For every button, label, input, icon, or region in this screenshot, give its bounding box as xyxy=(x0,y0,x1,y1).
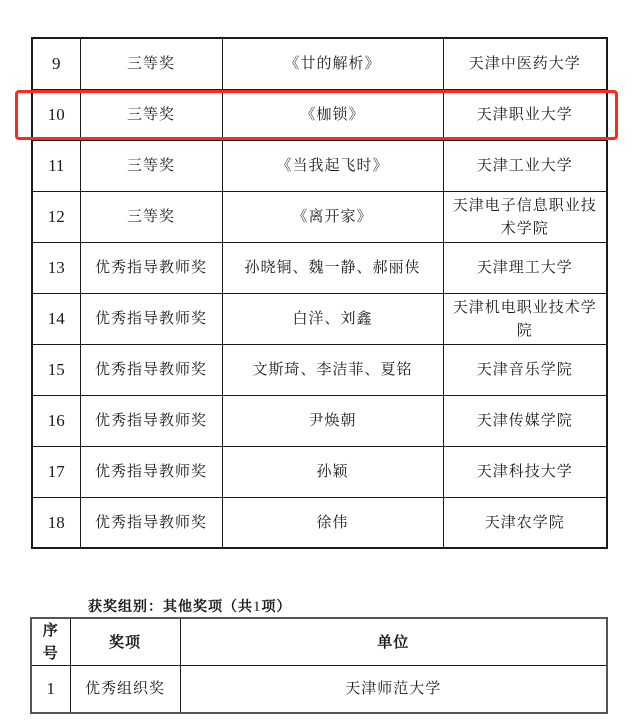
unit-cell: 天津工业大学 xyxy=(443,140,607,191)
table-row: 9 三等奖 《廿的解析》 天津中医药大学 xyxy=(32,38,607,89)
table-row: 15 优秀指导教师奖 文斯琦、李洁菲、夏铭 天津音乐学院 xyxy=(32,344,607,395)
table-row: 18 优秀指导教师奖 徐伟 天津农学院 xyxy=(32,497,607,548)
caption-count: 1 xyxy=(253,599,262,615)
work-cell: 《廿的解析》 xyxy=(222,38,443,89)
caption-prefix: 获奖组别：其他奖项（共 xyxy=(88,599,253,615)
row-number: 11 xyxy=(32,140,80,191)
section-caption: 获奖组别：其他奖项（共1项） xyxy=(88,596,292,616)
work-cell: 《当我起飞时》 xyxy=(222,140,443,191)
row-number: 17 xyxy=(32,446,80,497)
row-number: 18 xyxy=(32,497,80,548)
work-cell: 《离开家》 xyxy=(222,191,443,242)
unit-cell: 天津传媒学院 xyxy=(443,395,607,446)
work-cell: 孙颖 xyxy=(222,446,443,497)
unit-cell: 天津电子信息职业技术学院 xyxy=(443,191,607,242)
award-cell: 优秀指导教师奖 xyxy=(80,344,222,395)
row-number: 16 xyxy=(32,395,80,446)
row-number: 1 xyxy=(31,666,70,713)
row-number: 13 xyxy=(32,242,80,293)
unit-cell: 天津理工大学 xyxy=(443,242,607,293)
unit-cell: 天津音乐学院 xyxy=(443,344,607,395)
table-row: 11 三等奖 《当我起飞时》 天津工业大学 xyxy=(32,140,607,191)
table-row: 12 三等奖 《离开家》 天津电子信息职业技术学院 xyxy=(32,191,607,242)
header-number: 序号 xyxy=(31,618,70,666)
unit-cell: 天津科技大学 xyxy=(443,446,607,497)
unit-cell: 天津机电职业技术学院 xyxy=(443,293,607,344)
table-header-row: 序号 奖项 单位 xyxy=(31,618,607,666)
award-cell: 优秀指导教师奖 xyxy=(80,497,222,548)
work-cell: 《枷锁》 xyxy=(222,89,443,140)
work-cell: 孙晓铜、魏一静、郝丽侠 xyxy=(222,242,443,293)
award-cell: 优秀指导教师奖 xyxy=(80,293,222,344)
row-number: 10 xyxy=(32,89,80,140)
table-row: 14 优秀指导教师奖 白洋、刘鑫 天津机电职业技术学院 xyxy=(32,293,607,344)
table-row: 16 优秀指导教师奖 尹焕朝 天津传媒学院 xyxy=(32,395,607,446)
award-cell: 优秀指导教师奖 xyxy=(80,446,222,497)
other-awards-table: 序号 奖项 单位 1 优秀组织奖 天津师范大学 xyxy=(30,617,608,714)
table-row: 1 优秀组织奖 天津师范大学 xyxy=(31,666,607,713)
header-award: 奖项 xyxy=(70,618,180,666)
award-cell: 三等奖 xyxy=(80,38,222,89)
awards-table: 9 三等奖 《廿的解析》 天津中医药大学 10 三等奖 《枷锁》 天津职业大学 … xyxy=(31,37,608,549)
unit-cell: 天津师范大学 xyxy=(180,666,607,713)
work-cell: 尹焕朝 xyxy=(222,395,443,446)
row-number: 14 xyxy=(32,293,80,344)
unit-cell: 天津职业大学 xyxy=(443,89,607,140)
table-row-highlighted: 10 三等奖 《枷锁》 天津职业大学 xyxy=(32,89,607,140)
table-row: 17 优秀指导教师奖 孙颖 天津科技大学 xyxy=(32,446,607,497)
award-cell: 优秀指导教师奖 xyxy=(80,242,222,293)
work-cell: 徐伟 xyxy=(222,497,443,548)
row-number: 12 xyxy=(32,191,80,242)
header-unit: 单位 xyxy=(180,618,607,666)
unit-cell: 天津农学院 xyxy=(443,497,607,548)
work-cell: 文斯琦、李洁菲、夏铭 xyxy=(222,344,443,395)
caption-suffix: 项） xyxy=(262,599,292,615)
award-cell: 优秀指导教师奖 xyxy=(80,395,222,446)
award-cell: 三等奖 xyxy=(80,140,222,191)
award-cell: 三等奖 xyxy=(80,191,222,242)
award-cell: 优秀组织奖 xyxy=(70,666,180,713)
unit-cell: 天津中医药大学 xyxy=(443,38,607,89)
document-page: 9 三等奖 《廿的解析》 天津中医药大学 10 三等奖 《枷锁》 天津职业大学 … xyxy=(0,0,633,728)
award-cell: 三等奖 xyxy=(80,89,222,140)
work-cell: 白洋、刘鑫 xyxy=(222,293,443,344)
table-row: 13 优秀指导教师奖 孙晓铜、魏一静、郝丽侠 天津理工大学 xyxy=(32,242,607,293)
row-number: 9 xyxy=(32,38,80,89)
row-number: 15 xyxy=(32,344,80,395)
